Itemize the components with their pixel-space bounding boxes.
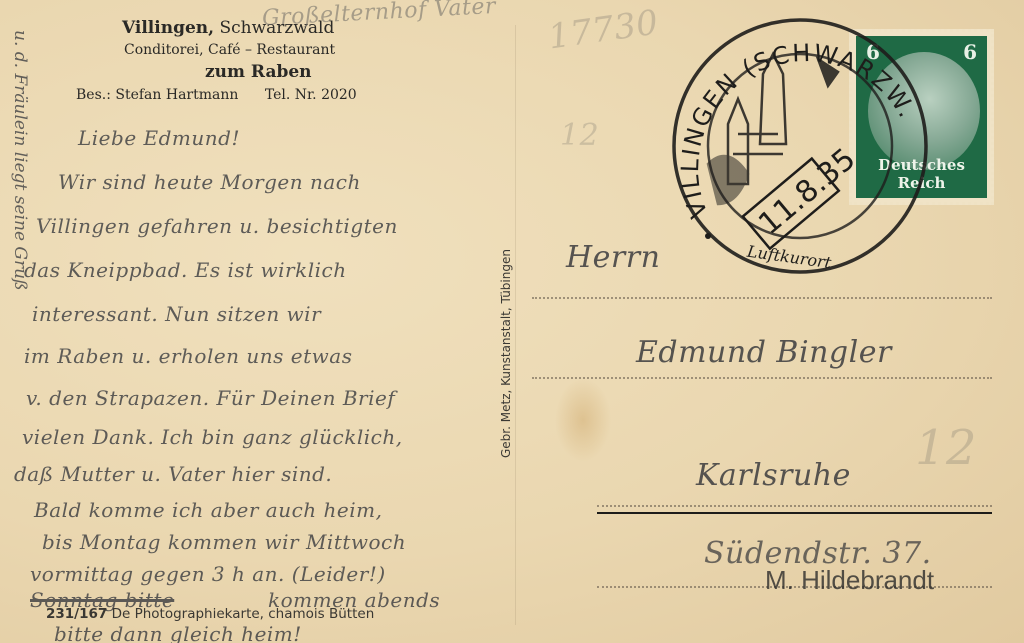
postcard-back: Villingen, Schwarzwald Conditorei, Café … bbox=[0, 0, 1024, 643]
print-description: De Photographiekarte, chamois Bütten bbox=[112, 606, 375, 622]
address-salutation: Herrn bbox=[566, 240, 660, 275]
pencil-mark-middle: 12 bbox=[560, 118, 599, 153]
message-line: das Kneippbad. Es ist wirklich bbox=[24, 258, 347, 282]
header-business-type: Conditorei, Café – Restaurant bbox=[124, 42, 335, 58]
message-line: vormittag gegen 3 h an. (Leider!) bbox=[30, 562, 386, 586]
header-owner-line: Bes.: Stefan Hartmann Tel. Nr. 2020 bbox=[76, 87, 357, 103]
print-number: 231/167 bbox=[46, 606, 107, 622]
top-pencil-note: Großelternhof Vater bbox=[262, 0, 497, 31]
message-line: Villingen gefahren u. besichtigten bbox=[36, 214, 398, 238]
stamp-value-right: 6 bbox=[963, 40, 977, 64]
message-line: v. den Strapazen. Für Deinen Brief bbox=[26, 386, 395, 410]
address-city: Karlsruhe bbox=[696, 458, 851, 493]
header-business-name: zum Raben bbox=[205, 62, 312, 82]
postmark-caption: Luftkurort bbox=[745, 241, 833, 272]
message-line: Bald komme ich aber auch heim, bbox=[34, 498, 382, 522]
message-line: Liebe Edmund! bbox=[78, 126, 240, 150]
message-line: vielen Dank. Ich bin ganz glücklich, bbox=[22, 425, 403, 449]
message-line: daß Mutter u. Vater hier sind. bbox=[14, 462, 332, 486]
pencil-number-right: 12 bbox=[915, 420, 977, 476]
postmark-cancellation: VILLINGEN (SCHWARZW.) 11.8.35 Luftkurort bbox=[668, 14, 932, 278]
watermark: M. Hildebrandt bbox=[765, 565, 934, 596]
print-footer: 231/167 De Photographiekarte, chamois Bü… bbox=[46, 606, 374, 622]
address-name: Edmund Bingler bbox=[636, 335, 892, 370]
header-owner: Bes.: Stefan Hartmann bbox=[76, 87, 238, 103]
center-divider bbox=[515, 25, 516, 625]
header-town: Villingen, bbox=[122, 18, 214, 38]
message-line: Wir sind heute Morgen nach bbox=[58, 170, 361, 194]
address-underline bbox=[597, 512, 992, 514]
side-note: u. d. Fräulein liegt seine Gruß bbox=[10, 30, 30, 290]
message-line: im Raben u. erholen uns etwas bbox=[24, 344, 352, 368]
message-line: interessant. Nun sitzen wir bbox=[32, 302, 321, 326]
pencil-number-top: 17730 bbox=[546, 2, 661, 57]
message-line: bitte dann gleich heim! bbox=[54, 622, 302, 643]
address-line-2 bbox=[532, 377, 992, 379]
header-phone: Tel. Nr. 2020 bbox=[265, 87, 357, 103]
address-line-1 bbox=[532, 297, 992, 299]
message-line: bis Montag kommen wir Mittwoch bbox=[42, 530, 406, 554]
publisher-imprint: Gebr. Metz, Kunstanstalt, Tübingen bbox=[499, 249, 513, 458]
address-line-3 bbox=[597, 505, 992, 507]
